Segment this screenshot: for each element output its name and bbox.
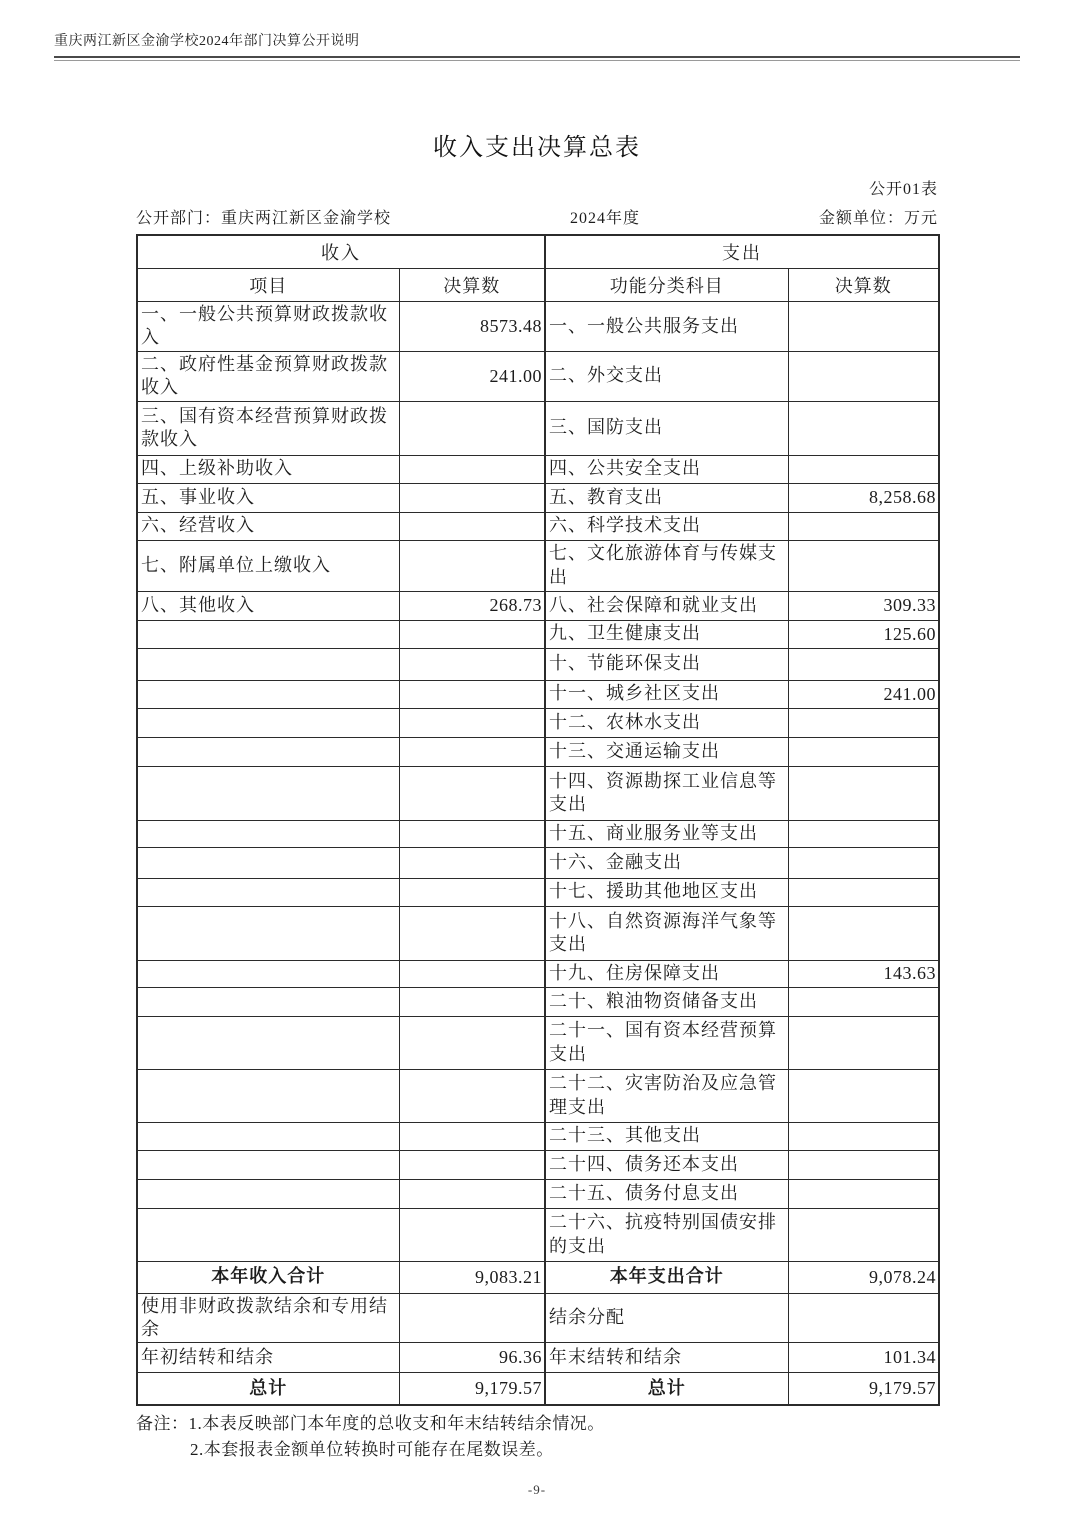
expense-amount-cell: 125.60 (788, 620, 939, 648)
table-row: 十三、交通运输支出 (137, 737, 939, 766)
expense-item-cell: 三、国防支出 (545, 401, 788, 455)
income-item-cell (137, 648, 399, 680)
table-row: 十、节能环保支出 (137, 648, 939, 680)
income-amount-cell: 9,179.57 (399, 1373, 545, 1405)
expense-amount-cell (788, 820, 939, 847)
header-note: 重庆两江新区金渝学校2024年部门决算公开说明 (54, 30, 1020, 56)
expense-amount-cell (788, 351, 939, 401)
income-amount-cell (399, 906, 545, 960)
income-item-cell: 六、经营收入 (137, 512, 399, 540)
table-row: 十二、农林水支出 (137, 708, 939, 737)
income-amount-cell (399, 766, 545, 820)
col-header-income-item: 项目 (137, 269, 399, 302)
table-row: 十四、资源勘探工业信息等支出 (137, 766, 939, 820)
income-item-cell (137, 1016, 399, 1069)
expense-amount-cell (788, 766, 939, 820)
expense-amount-cell (788, 1179, 939, 1208)
expense-item-cell: 十九、住房保障支出 (545, 960, 788, 987)
expense-item-cell: 四、公共安全支出 (545, 455, 788, 483)
expense-amount-cell (788, 906, 939, 960)
expense-item-cell: 十、节能环保支出 (545, 648, 788, 680)
income-amount-cell (399, 960, 545, 987)
table-row: 十六、金融支出 (137, 847, 939, 878)
table-row: 二十五、债务付息支出 (137, 1179, 939, 1208)
expense-item-cell: 六、科学技术支出 (545, 512, 788, 540)
expense-amount-cell: 309.33 (788, 591, 939, 620)
table-row: 二十四、债务还本支出 (137, 1150, 939, 1179)
document-content: 收入支出决算总表 公开01表 公开部门：重庆两江新区金渝学校 2024年度 金额… (136, 127, 938, 1464)
income-amount-cell (399, 820, 545, 847)
section-header-row: 收入 支出 (137, 235, 939, 269)
income-amount-cell (399, 847, 545, 878)
table-info-row: 公开部门：重庆两江新区金渝学校 2024年度 金额单位：万元 (136, 205, 938, 234)
income-item-cell: 八、其他收入 (137, 591, 399, 620)
table-row: 十一、城乡社区支出241.00 (137, 680, 939, 708)
income-item-cell (137, 766, 399, 820)
income-item-cell (137, 820, 399, 847)
income-amount-cell (399, 737, 545, 766)
income-amount-cell: 241.00 (399, 351, 545, 401)
table-row: 三、国有资本经营预算财政拨款收入三、国防支出 (137, 401, 939, 455)
expense-item-cell: 九、卫生健康支出 (545, 620, 788, 648)
expense-amount-cell (788, 401, 939, 455)
income-amount-cell (399, 987, 545, 1016)
expense-item-cell: 七、文化旅游体育与传媒支出 (545, 540, 788, 591)
expense-item-cell: 十七、援助其他地区支出 (545, 878, 788, 906)
expense-item-cell: 十一、城乡社区支出 (545, 680, 788, 708)
table-row: 二十二、灾害防治及应急管理支出 (137, 1069, 939, 1122)
income-item-cell: 本年收入合计 (137, 1261, 399, 1293)
income-item-cell (137, 620, 399, 648)
expense-amount-cell (788, 540, 939, 591)
income-item-cell: 一、一般公共预算财政拨款收入 (137, 302, 399, 352)
expense-item-cell: 十三、交通运输支出 (545, 737, 788, 766)
table-row: 使用非财政拨款结余和专用结余结余分配 (137, 1293, 939, 1343)
col-header-expense-amount: 决算数 (788, 269, 939, 302)
income-amount-cell (399, 1293, 545, 1343)
table-row: 总计9,179.57总计9,179.57 (137, 1373, 939, 1405)
income-amount-cell (399, 620, 545, 648)
income-item-cell (137, 878, 399, 906)
expense-amount-cell (788, 1122, 939, 1150)
table-row: 四、上级补助收入四、公共安全支出 (137, 455, 939, 483)
income-item-cell: 四、上级补助收入 (137, 455, 399, 483)
income-amount-cell (399, 878, 545, 906)
income-item-cell (137, 1069, 399, 1122)
income-amount-cell (399, 1122, 545, 1150)
document-page: 重庆两江新区金渝学校2024年部门决算公开说明 收入支出决算总表 公开01表 公… (0, 0, 1074, 1520)
table-row: 二、政府性基金预算财政拨款收入241.00二、外交支出 (137, 351, 939, 401)
expense-amount-cell (788, 987, 939, 1016)
income-item-cell (137, 1179, 399, 1208)
note-line-2: 2.本套报表金额单位转换时可能存在尾数误差。 (136, 1437, 938, 1463)
note-line-1: 备注：1.本表反映部门本年度的总收支和年末结转结余情况。 (136, 1411, 938, 1437)
expense-item-cell: 二十二、灾害防治及应急管理支出 (545, 1069, 788, 1122)
income-item-cell: 年初结转和结余 (137, 1343, 399, 1373)
income-amount-cell (399, 483, 545, 512)
income-amount-cell (399, 1016, 545, 1069)
expense-item-cell: 总计 (545, 1373, 788, 1405)
table-row: 十九、住房保障支出143.63 (137, 960, 939, 987)
table-row: 七、附属单位上缴收入七、文化旅游体育与传媒支出 (137, 540, 939, 591)
table-row: 十八、自然资源海洋气象等支出 (137, 906, 939, 960)
expense-amount-cell: 9,179.57 (788, 1373, 939, 1405)
expense-amount-cell (788, 1293, 939, 1343)
expense-item-cell: 一、一般公共服务支出 (545, 302, 788, 352)
income-section-header: 收入 (137, 235, 545, 269)
income-amount-cell (399, 1150, 545, 1179)
expense-item-cell: 五、教育支出 (545, 483, 788, 512)
expense-amount-cell: 9,078.24 (788, 1261, 939, 1293)
income-amount-cell (399, 540, 545, 591)
income-item-cell (137, 1122, 399, 1150)
unit-label: 金额单位：万元 (819, 205, 938, 228)
income-amount-cell (399, 455, 545, 483)
income-amount-cell (399, 1069, 545, 1122)
col-header-expense-item: 功能分类科目 (545, 269, 788, 302)
income-item-cell (137, 708, 399, 737)
income-amount-cell (399, 1179, 545, 1208)
expense-amount-cell: 241.00 (788, 680, 939, 708)
income-amount-cell (399, 648, 545, 680)
dept-label: 公开部门：重庆两江新区金渝学校 (136, 205, 391, 228)
page-number: -9- (0, 1482, 1074, 1498)
income-amount-cell (399, 680, 545, 708)
expense-item-cell: 十六、金融支出 (545, 847, 788, 878)
table-row: 八、其他收入268.73八、社会保障和就业支出309.33 (137, 591, 939, 620)
expense-amount-cell (788, 847, 939, 878)
table-row: 二十一、国有资本经营预算支出 (137, 1016, 939, 1069)
table-row: 六、经营收入六、科学技术支出 (137, 512, 939, 540)
expense-section-header: 支出 (545, 235, 939, 269)
table-row: 十七、援助其他地区支出 (137, 878, 939, 906)
income-item-cell (137, 1150, 399, 1179)
income-amount-cell: 96.36 (399, 1343, 545, 1373)
expense-amount-cell (788, 302, 939, 352)
expense-amount-cell (788, 648, 939, 680)
expense-amount-cell: 8,258.68 (788, 483, 939, 512)
income-amount-cell: 9,083.21 (399, 1261, 545, 1293)
expense-amount-cell (788, 708, 939, 737)
page-title: 收入支出决算总表 (136, 127, 938, 162)
income-amount-cell (399, 401, 545, 455)
expense-amount-cell (788, 1150, 939, 1179)
income-amount-cell: 268.73 (399, 591, 545, 620)
expense-amount-cell (788, 512, 939, 540)
income-item-cell: 三、国有资本经营预算财政拨款收入 (137, 401, 399, 455)
expense-item-cell: 二十六、抗疫特别国债安排的支出 (545, 1208, 788, 1261)
table-row: 一、一般公共预算财政拨款收入8573.48一、一般公共服务支出 (137, 302, 939, 352)
expense-item-cell: 十二、农林水支出 (545, 708, 788, 737)
expense-item-cell: 十四、资源勘探工业信息等支出 (545, 766, 788, 820)
income-item-cell (137, 737, 399, 766)
expense-amount-cell: 143.63 (788, 960, 939, 987)
income-item-cell: 五、事业收入 (137, 483, 399, 512)
income-item-cell (137, 960, 399, 987)
budget-summary-table: 收入 支出 项目 决算数 功能分类科目 决算数 一、一般公共预算财政拨款收入85… (136, 234, 940, 1406)
expense-item-cell: 二、外交支出 (545, 351, 788, 401)
table-row: 二十三、其他支出 (137, 1122, 939, 1150)
expense-item-cell: 本年支出合计 (545, 1261, 788, 1293)
expense-item-cell: 二十三、其他支出 (545, 1122, 788, 1150)
expense-item-cell: 二十四、债务还本支出 (545, 1150, 788, 1179)
income-item-cell: 总计 (137, 1373, 399, 1405)
expense-item-cell: 二十、粮油物资储备支出 (545, 987, 788, 1016)
expense-amount-cell (788, 1069, 939, 1122)
income-item-cell (137, 1208, 399, 1261)
income-amount-cell (399, 708, 545, 737)
table-row: 十五、商业服务业等支出 (137, 820, 939, 847)
table-row: 本年收入合计9,083.21本年支出合计9,078.24 (137, 1261, 939, 1293)
header-rule (54, 56, 1020, 61)
expense-item-cell: 结余分配 (545, 1293, 788, 1343)
table-code-label: 公开01表 (136, 176, 938, 199)
income-item-cell (137, 987, 399, 1016)
expense-item-cell: 年末结转和结余 (545, 1343, 788, 1373)
table-row: 二十六、抗疫特别国债安排的支出 (137, 1208, 939, 1261)
document-header: 重庆两江新区金渝学校2024年部门决算公开说明 (54, 30, 1020, 61)
income-item-cell (137, 847, 399, 878)
expense-amount-cell (788, 1208, 939, 1261)
income-item-cell: 二、政府性基金预算财政拨款收入 (137, 351, 399, 401)
income-item-cell: 七、附属单位上缴收入 (137, 540, 399, 591)
table-notes: 备注：1.本表反映部门本年度的总收支和年末结转结余情况。 2.本套报表金额单位转… (136, 1411, 938, 1464)
income-item-cell: 使用非财政拨款结余和专用结余 (137, 1293, 399, 1343)
expense-item-cell: 十五、商业服务业等支出 (545, 820, 788, 847)
income-amount-cell: 8573.48 (399, 302, 545, 352)
income-amount-cell (399, 512, 545, 540)
income-item-cell (137, 906, 399, 960)
expense-amount-cell (788, 455, 939, 483)
expense-item-cell: 二十五、债务付息支出 (545, 1179, 788, 1208)
expense-amount-cell (788, 737, 939, 766)
column-header-row: 项目 决算数 功能分类科目 决算数 (137, 269, 939, 302)
income-amount-cell (399, 1208, 545, 1261)
expense-item-cell: 八、社会保障和就业支出 (545, 591, 788, 620)
table-row: 九、卫生健康支出125.60 (137, 620, 939, 648)
year-label: 2024年度 (570, 205, 640, 228)
expense-amount-cell (788, 878, 939, 906)
table-row: 年初结转和结余96.36年末结转和结余101.34 (137, 1343, 939, 1373)
col-header-income-amount: 决算数 (399, 269, 545, 302)
expense-amount-cell: 101.34 (788, 1343, 939, 1373)
table-row: 二十、粮油物资储备支出 (137, 987, 939, 1016)
expense-item-cell: 十八、自然资源海洋气象等支出 (545, 906, 788, 960)
income-item-cell (137, 680, 399, 708)
table-row: 五、事业收入五、教育支出8,258.68 (137, 483, 939, 512)
expense-item-cell: 二十一、国有资本经营预算支出 (545, 1016, 788, 1069)
expense-amount-cell (788, 1016, 939, 1069)
